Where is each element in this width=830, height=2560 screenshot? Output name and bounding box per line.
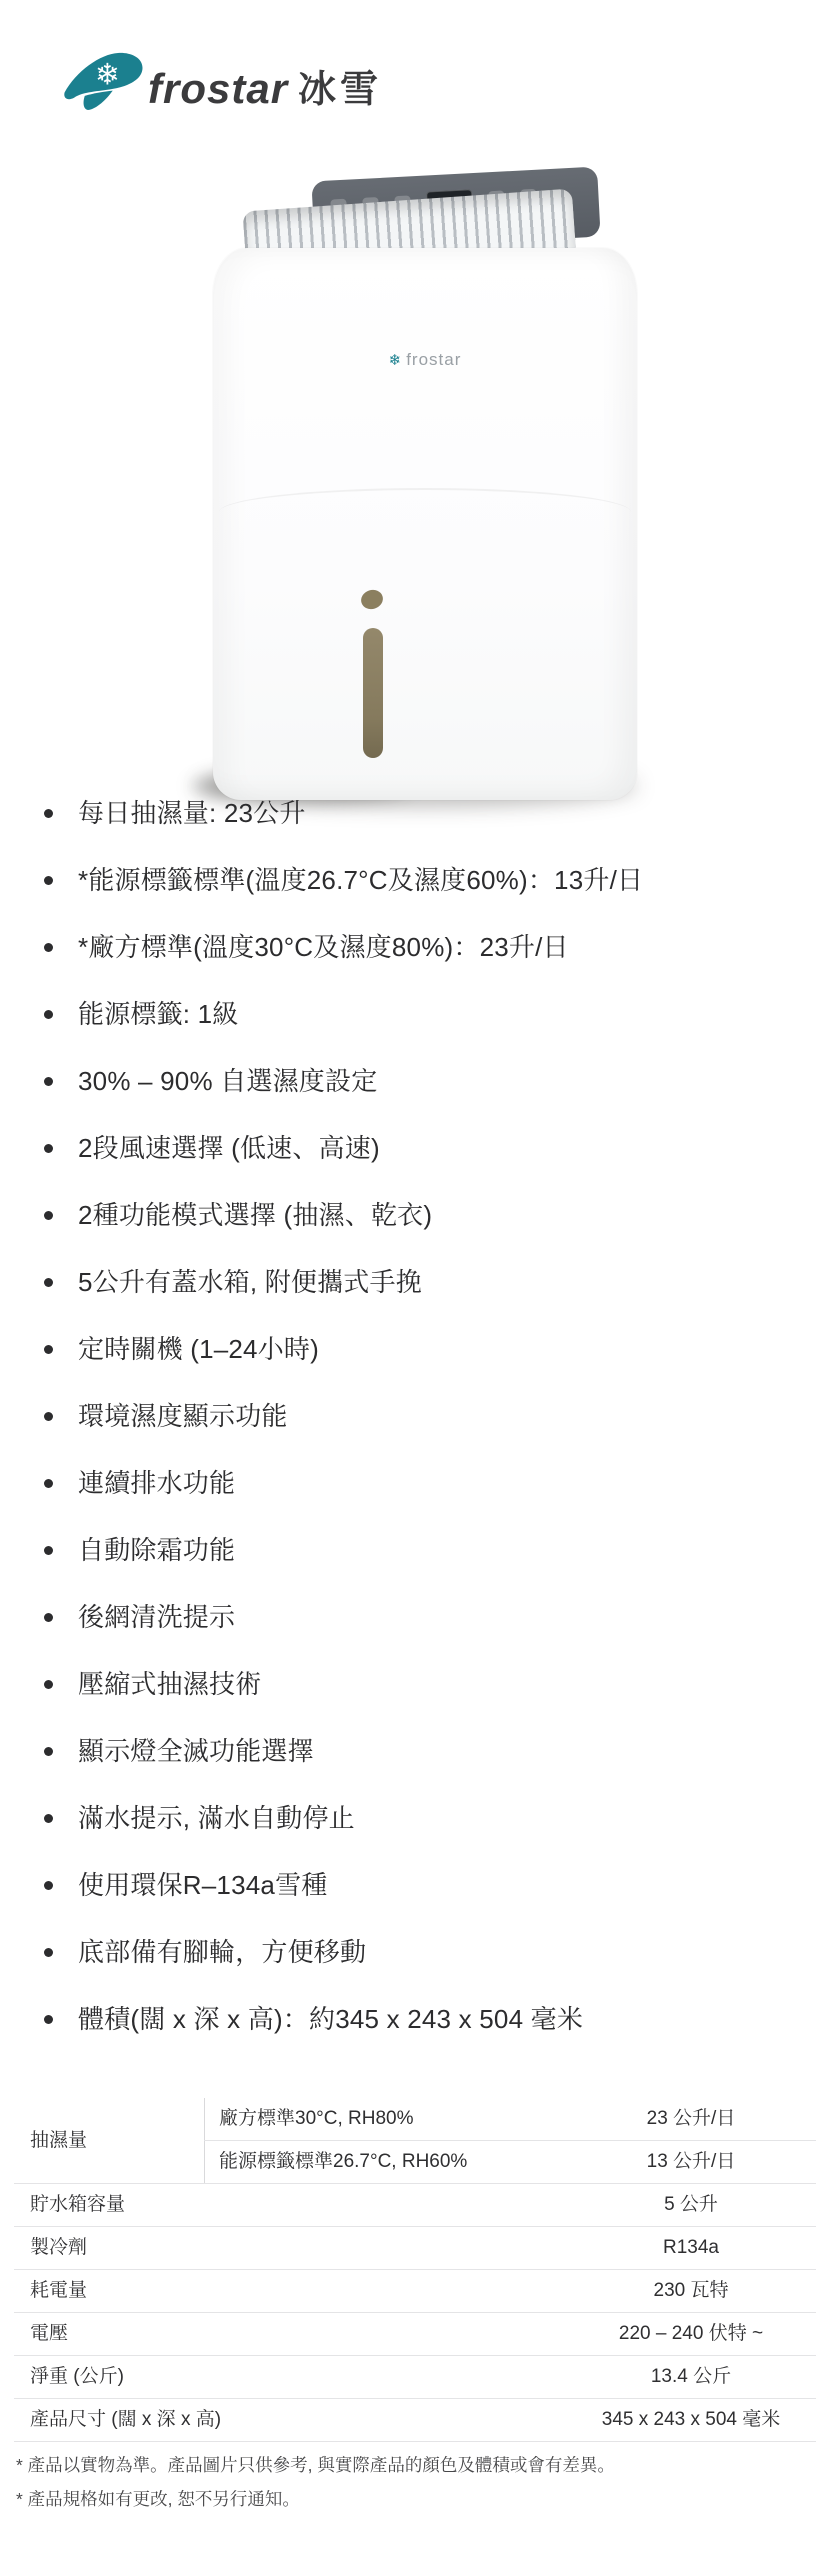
feature-text: 使用環保R–134a雪種 — [78, 1870, 327, 1900]
feature-list: 每日抽濕量: 23公升*能源標籤標準(溫度26.7°C及濕度60%)：13升/日… — [44, 796, 804, 2036]
bullet-dot — [44, 1881, 53, 1890]
bullet-dot — [44, 1479, 53, 1488]
feature-text: 5公升有蓋水箱, 附便攜式手挽 — [78, 1267, 422, 1297]
feature-text: 2種功能模式選擇 (抽濕、乾衣) — [78, 1200, 432, 1230]
footnotes: * 產品以實物為準。產品圖片只供參考, 與實際產品的顏色及體積或會有差異。 * … — [16, 2454, 796, 2522]
feature-item: 定時關機 (1–24小時) — [44, 1332, 804, 1366]
spec-condition: 廠方標準30°C, RH80% — [205, 2098, 567, 2141]
feature-text: 每日抽濕量: 23公升 — [78, 798, 306, 828]
feature-text: 連續排水功能 — [78, 1468, 235, 1498]
bullet-dot — [44, 1010, 53, 1019]
bullet-dot — [44, 1948, 53, 1957]
spec-row: 耗電量230 瓦特 — [14, 2270, 816, 2313]
spec-label: 電壓 — [14, 2313, 566, 2356]
feature-text: 滿水提示, 滿水自動停止 — [78, 1803, 355, 1833]
footnote: * 產品以實物為準。產品圖片只供參考, 與實際產品的顏色及體積或會有差異。 — [16, 2454, 796, 2476]
spec-value: 13.4 公斤 — [566, 2356, 816, 2399]
feature-text: *能源標籤標準(溫度26.7°C及濕度60%)：13升/日 — [78, 865, 643, 895]
feature-item: 使用環保R–134a雪種 — [44, 1868, 804, 1902]
spec-value: 230 瓦特 — [566, 2270, 816, 2313]
feature-item: 30% – 90% 自選濕度設定 — [44, 1064, 804, 1098]
brand-logo: ❄ frostar 冰雪 — [62, 50, 382, 112]
feature-text: 環境濕度顯示功能 — [78, 1401, 288, 1431]
bullet-dot — [44, 1345, 53, 1354]
spec-row: 產品尺寸 (闊 x 深 x 高)345 x 243 x 504 毫米 — [14, 2399, 816, 2442]
feature-text: 能源標籤: 1級 — [78, 999, 239, 1029]
water-level-window — [363, 628, 383, 758]
spec-row: 電壓220 – 240 伏特 ~ — [14, 2313, 816, 2356]
body-seam — [219, 488, 631, 560]
spec-row: 淨重 (公斤)13.4 公斤 — [14, 2356, 816, 2399]
bullet-dot — [44, 2015, 53, 2024]
feature-text: 底部備有腳輪，方便移動 — [78, 1937, 366, 1967]
spec-label: 耗電量 — [14, 2270, 566, 2313]
spec-row: 貯水箱容量5 公升 — [14, 2184, 816, 2227]
spec-label: 貯水箱容量 — [14, 2184, 566, 2227]
product-front-logo-text: frostar — [406, 350, 461, 369]
brand-name-chinese: 冰雪 — [298, 71, 382, 112]
feature-text: 壓縮式抽濕技術 — [78, 1669, 261, 1699]
product-image: ❄frostar — [205, 170, 645, 820]
spec-table: 抽濕量廠方標準30°C, RH80%23 公升/日能源標籤標準26.7°C, R… — [14, 2098, 816, 2442]
snowflake-icon: ❄ — [389, 352, 403, 369]
svg-text:❄: ❄ — [95, 59, 120, 92]
spec-value: 220 – 240 伏特 ~ — [566, 2313, 816, 2356]
feature-text: *廠方標準(溫度30°C及濕度80%)：23升/日 — [78, 932, 569, 962]
bullet-dot — [44, 1278, 53, 1287]
feature-text: 30% – 90% 自選濕度設定 — [78, 1066, 377, 1096]
spec-table-body: 抽濕量廠方標準30°C, RH80%23 公升/日能源標籤標準26.7°C, R… — [14, 2098, 816, 2442]
spec-condition: 能源標籤標準26.7°C, RH60% — [205, 2141, 567, 2184]
feature-text: 體積(闊 x 深 x 高)：約345 x 243 x 504 毫米 — [78, 2004, 583, 2034]
bullet-dot — [44, 1814, 53, 1823]
feature-text: 2段風速選擇 (低速、高速) — [78, 1133, 380, 1163]
feature-item: 每日抽濕量: 23公升 — [44, 796, 804, 830]
feature-item: 2種功能模式選擇 (抽濕、乾衣) — [44, 1198, 804, 1232]
spec-row: 抽濕量廠方標準30°C, RH80%23 公升/日 — [14, 2098, 816, 2141]
feature-item: 顯示燈全滅功能選擇 — [44, 1734, 804, 1768]
bullet-dot — [44, 1144, 53, 1153]
feature-text: 定時關機 (1–24小時) — [78, 1334, 319, 1364]
feature-item: 能源標籤: 1級 — [44, 997, 804, 1031]
spec-table-section: 抽濕量廠方標準30°C, RH80%23 公升/日能源標籤標準26.7°C, R… — [14, 2098, 816, 2442]
spec-label: 製冷劑 — [14, 2227, 566, 2270]
feature-item: 滿水提示, 滿水自動停止 — [44, 1801, 804, 1835]
bullet-dot — [44, 943, 53, 952]
feature-list-section: 每日抽濕量: 23公升*能源標籤標準(溫度26.7°C及濕度60%)：13升/日… — [44, 796, 804, 2069]
bullet-dot — [44, 1613, 53, 1622]
bullet-dot — [44, 876, 53, 885]
product-front-logo: ❄frostar — [205, 350, 645, 370]
bullet-dot — [44, 1412, 53, 1421]
brand-name: frostar — [148, 68, 288, 112]
feature-item: 2段風速選擇 (低速、高速) — [44, 1131, 804, 1165]
bullet-dot — [44, 1546, 53, 1555]
spec-value: 23 公升/日 — [566, 2098, 816, 2141]
spec-label: 淨重 (公斤) — [14, 2356, 566, 2399]
feature-text: 顯示燈全滅功能選擇 — [78, 1736, 314, 1766]
spec-value: R134a — [566, 2227, 816, 2270]
spec-value: 345 x 243 x 504 毫米 — [566, 2399, 816, 2442]
bullet-dot — [44, 809, 53, 818]
feature-item: 自動除霜功能 — [44, 1533, 804, 1567]
feature-item: 底部備有腳輪，方便移動 — [44, 1935, 804, 1969]
spec-row: 製冷劑R134a — [14, 2227, 816, 2270]
feature-item: 5公升有蓋水箱, 附便攜式手挽 — [44, 1265, 804, 1299]
feature-item: 壓縮式抽濕技術 — [44, 1667, 804, 1701]
feature-text: 後網清洗提示 — [78, 1602, 235, 1632]
spec-value: 13 公升/日 — [566, 2141, 816, 2184]
bullet-dot — [44, 1680, 53, 1689]
spec-label: 產品尺寸 (闊 x 深 x 高) — [14, 2399, 566, 2442]
feature-item: 體積(闊 x 深 x 高)：約345 x 243 x 504 毫米 — [44, 2002, 804, 2036]
feature-text: 自動除霜功能 — [78, 1535, 235, 1565]
feature-item: *能源標籤標準(溫度26.7°C及濕度60%)：13升/日 — [44, 863, 804, 897]
spec-label: 抽濕量 — [14, 2098, 205, 2184]
snowflake-swoosh-icon: ❄ — [62, 50, 146, 112]
spec-value: 5 公升 — [566, 2184, 816, 2227]
feature-item: 環境濕度顯示功能 — [44, 1399, 804, 1433]
feature-item: 連續排水功能 — [44, 1466, 804, 1500]
bullet-dot — [44, 1077, 53, 1086]
bullet-dot — [44, 1211, 53, 1220]
feature-item: *廠方標準(溫度30°C及濕度80%)：23升/日 — [44, 930, 804, 964]
feature-item: 後網清洗提示 — [44, 1600, 804, 1634]
bullet-dot — [44, 1747, 53, 1756]
footnote: * 產品規格如有更改, 恕不另行通知。 — [16, 2488, 796, 2510]
